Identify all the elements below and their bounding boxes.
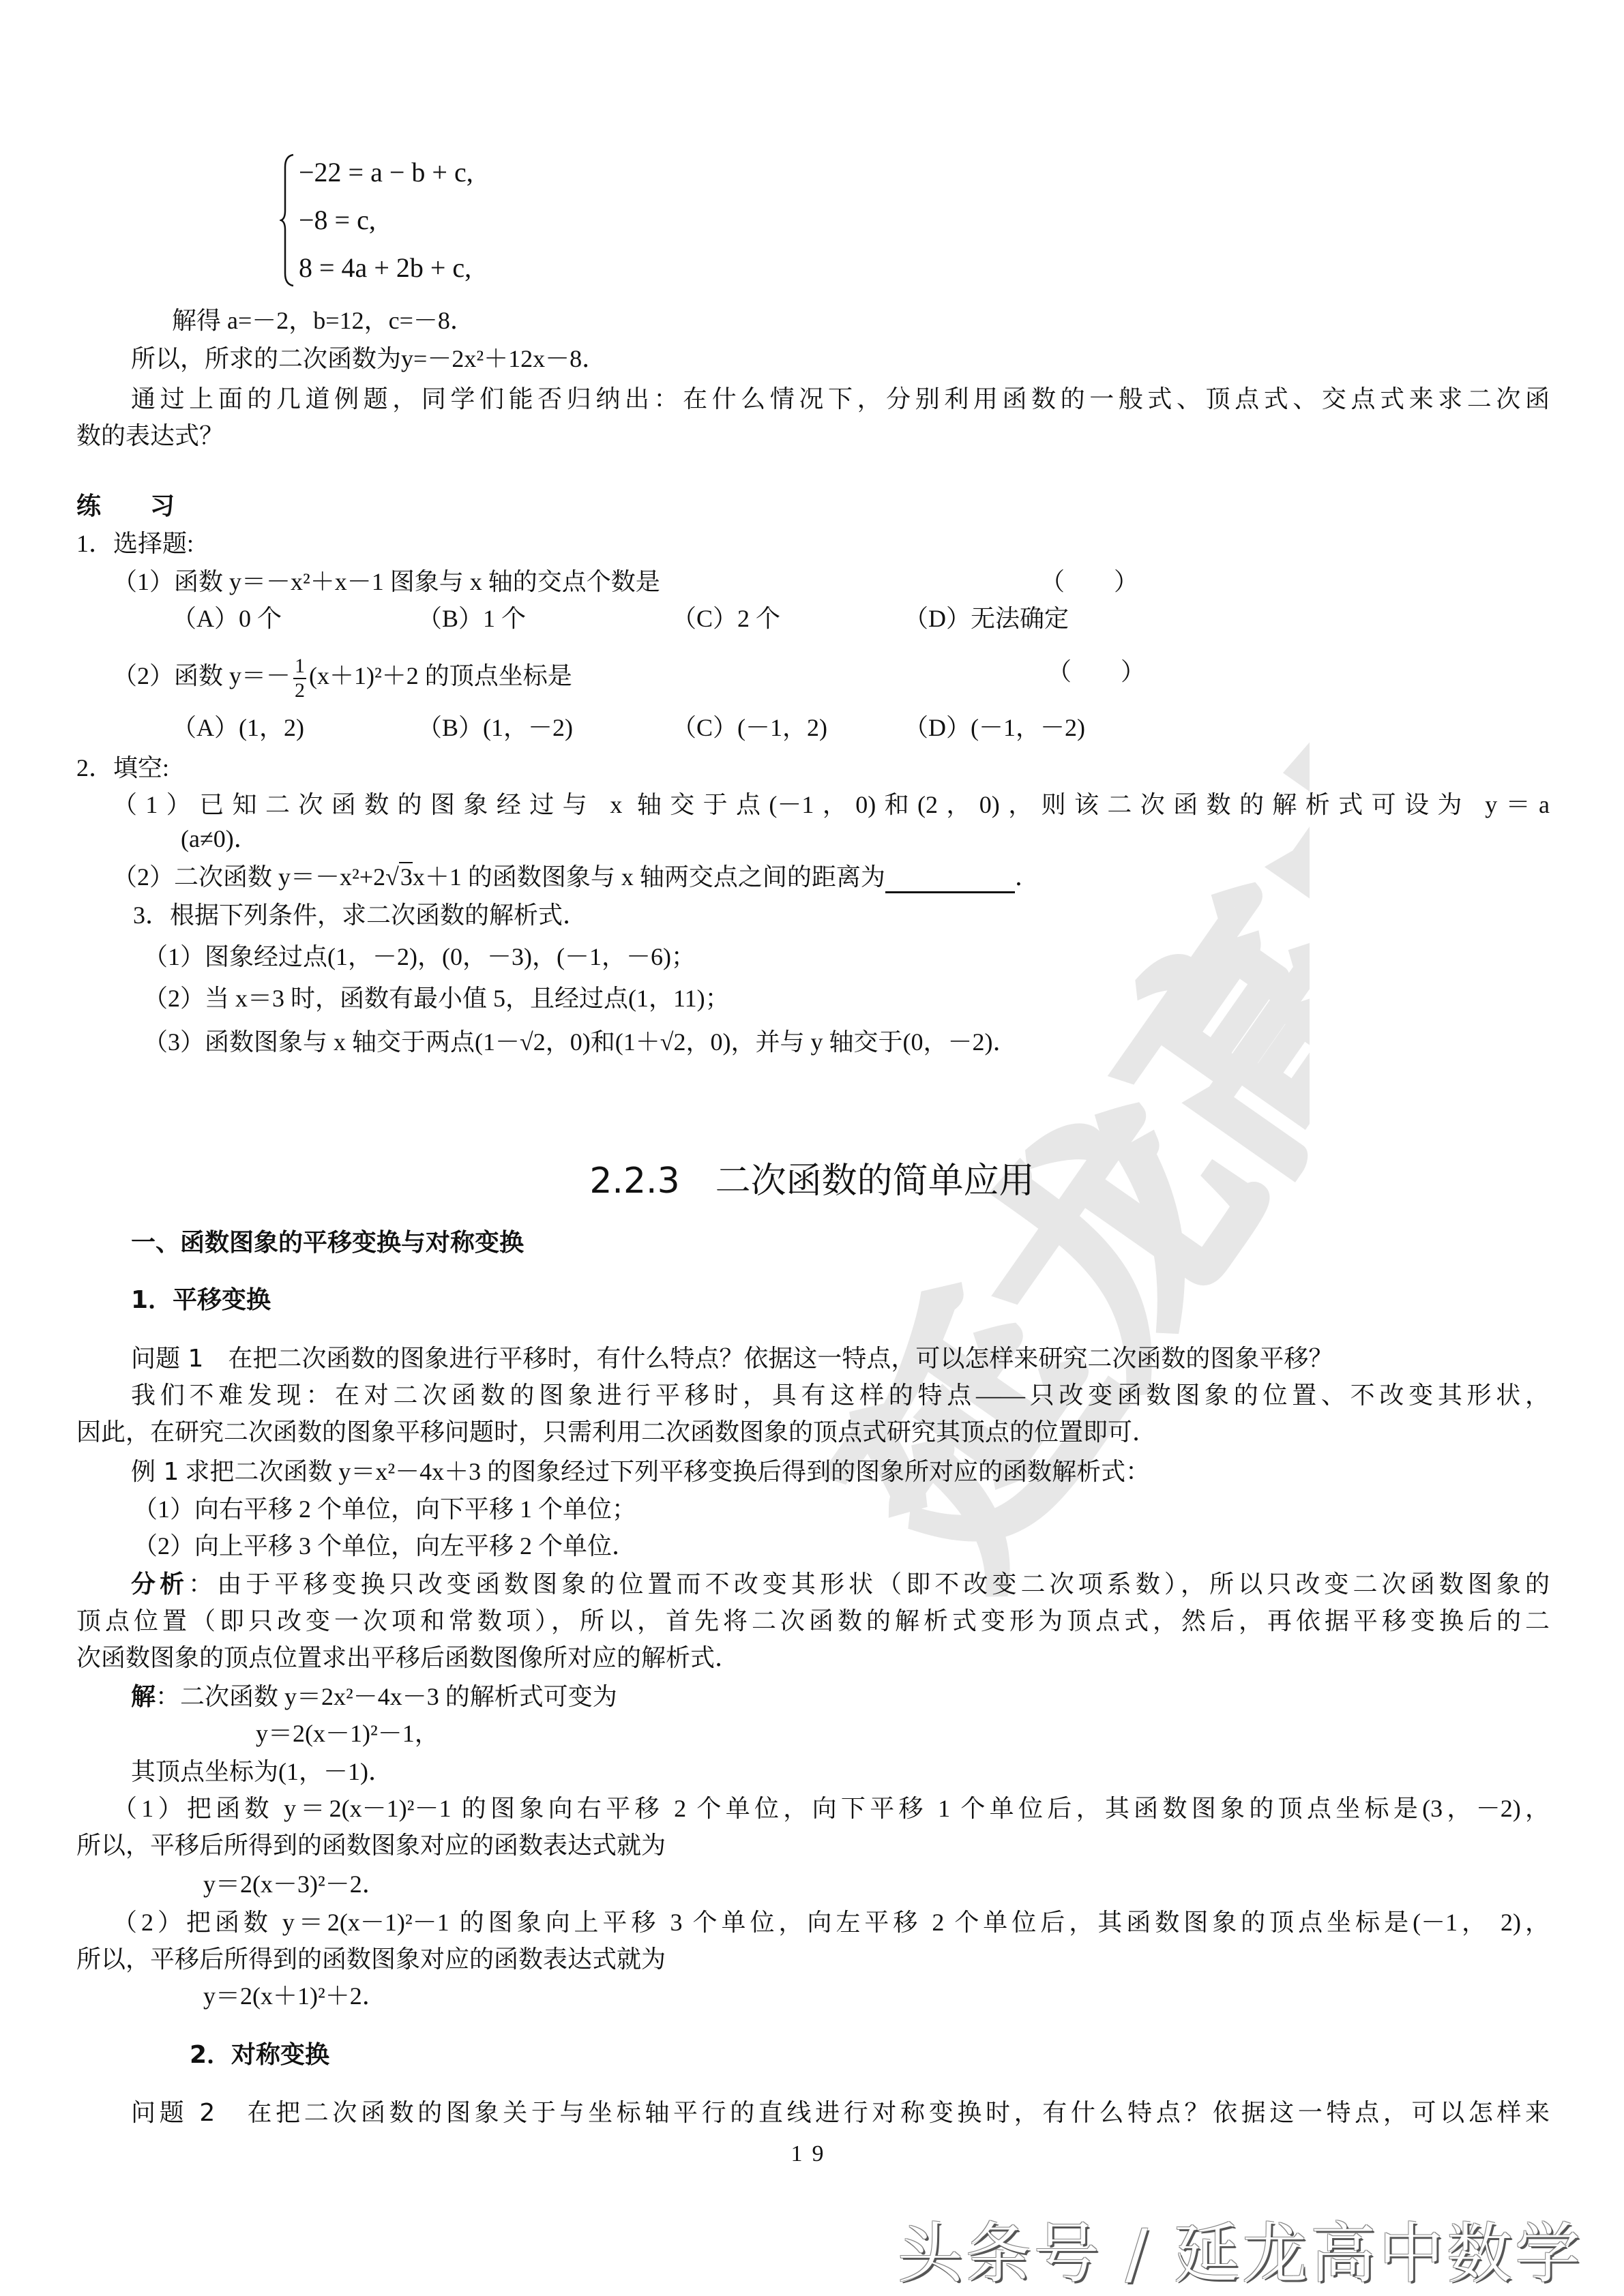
q3-item: （2）当 x＝3 时，函数有最小值 5，且经过点(1，11)；: [143, 982, 730, 1015]
q3-label: 3．根据下列条件，求二次函数的解析式．: [133, 899, 587, 931]
summary-question-line1: 通过上面的几道例题，同学们能否归纳出：在什么情况下，分别利用函数的一般式、顶点式…: [131, 383, 1550, 415]
option-c: （C）2 个: [672, 602, 780, 635]
option-b: （B）(1，－2): [417, 711, 573, 744]
discovery-line1: 我们不难发现：在对二次函数的图象进行平移时，具有这样的特点——只改变函数图象的位…: [131, 1379, 1550, 1412]
footer-watermark: 头条号 / 延龙高中数学: [898, 2216, 1583, 2291]
option-a: （A）0 个: [172, 602, 282, 635]
analysis-line2: 顶点位置（即只改变一次项和常数项），所以，首先将二次函数的解析式变形为顶点式，然…: [76, 1605, 1550, 1637]
left-brace-icon: [280, 153, 295, 287]
q3-item: （3）函数图象与 x 轴交于两点(1－√2，0)和(1＋√2，0)，并与 y 轴…: [143, 1026, 1017, 1058]
stem-prefix: （2）函数 y＝－: [113, 662, 291, 689]
problem1: 问题 1 在把二次函数的图象进行平移时，有什么特点？依据这一特点，可以怎样来研究…: [131, 1342, 1333, 1375]
fraction-denominator: 2: [293, 679, 306, 702]
problem2-text: 在把二次函数的图象关于与坐标轴平行的直线进行对称变换时，有什么特点？依据这一特点…: [215, 2099, 1550, 2126]
sqrt-sign: √: [385, 863, 399, 891]
case2-line1: （2）把函数 y＝2(x－1)²－1 的图象向上平移 3 个单位，向左平移 2 …: [113, 1906, 1550, 1939]
solution-intro-text: ：二次函数 y＝2x²－4x－3 的解析式可变为: [156, 1683, 617, 1710]
example1: 例 1 求把二次函数 y＝x²－4x＋3 的图象经过下列平移变换后得到的图象所对…: [131, 1455, 1150, 1489]
problem1-label: 问题 1: [131, 1345, 203, 1373]
q1-item2-stem: （2）函数 y＝－12(x＋1)²＋2 的顶点坐标是: [113, 651, 572, 702]
vertex-form: y＝2(x－1)²－1，: [256, 1717, 439, 1750]
option-b: （B）1 个: [417, 602, 526, 635]
analysis-line1: 分析：由于平移变换只改变函数图象的位置而不改变其形状（即不改变二次项系数），所以…: [131, 1568, 1550, 1601]
problem2-label: 问题 2: [131, 2099, 215, 2127]
item2-prefix: （2）二次函数 y＝－x²+2: [113, 863, 385, 891]
option-d: （D）无法确定: [904, 602, 1069, 635]
q1-label: 1．选择题:: [76, 527, 194, 560]
case2-result: y＝2(x＋1)²＋2．: [203, 1980, 387, 2012]
option-a: （A）(1，2): [172, 711, 304, 744]
example1-label: 例 1: [131, 1458, 179, 1486]
sub1-heading: 1．平移变换: [131, 1284, 271, 1317]
conclusion-formula: y=－2x²＋12x－8．: [401, 345, 606, 372]
item2-end: ．: [1015, 863, 1039, 891]
conclusion-prefix: 所以，所求的二次函数为: [131, 345, 401, 372]
discovery-line2: 因此，在研究二次函数的图象平移问题时，只需利用二次函数图象的顶点式研究其顶点的位…: [76, 1416, 1157, 1448]
fraction: 12: [293, 655, 306, 702]
answer-slot: （ ）: [1040, 565, 1138, 598]
answer-slot: （ ）: [1047, 655, 1145, 688]
sub2-heading: 2．对称变换: [190, 2039, 329, 2072]
equation-row: 8 = 4a + 2b + c,: [299, 252, 471, 284]
summary-question-line2: 数的表达式？: [76, 419, 224, 452]
answer-blank[interactable]: [885, 867, 1015, 893]
solution-line: 解得 a=－2，b=12，c=－8．: [172, 304, 475, 337]
q2-item1-line1: （1）已知二次函数的图象经过与 x 轴交于点(－1，0)和(2，0)，则该二次函…: [113, 788, 1550, 821]
part1-heading: 一、函数图象的平移变换与对称变换: [131, 1227, 524, 1259]
problem1-text: 在把二次函数的图象进行平移时，有什么特点？依据这一特点，可以怎样来研究二次函数的…: [203, 1345, 1333, 1372]
conclusion-line: 所以，所求的二次函数为y=－2x²＋12x－8．: [131, 342, 606, 375]
option-c: （C）(－1，2): [672, 711, 827, 744]
analysis-text: ：由于平移变换只改变函数图象的位置而不改变其形状（即不改变二次项系数），所以只改…: [188, 1570, 1550, 1598]
case1-line1: （1）把函数 y＝2(x－1)²－1 的图象向右平移 2 个单位，向下平移 1 …: [113, 1792, 1550, 1825]
page-number: 19: [0, 2141, 1624, 2167]
fraction-numerator: 1: [293, 655, 306, 679]
equation-row: −22 = a − b + c,: [299, 156, 473, 189]
stem-suffix: (x＋1)²＋2 的顶点坐标是: [309, 662, 572, 689]
equation-row: −8 = c,: [299, 204, 376, 237]
vertex-coords: 其顶点坐标为(1，－1)．: [131, 1755, 393, 1788]
analysis-label: 分析: [131, 1570, 188, 1598]
problem2: 问题 2 在把二次函数的图象关于与坐标轴平行的直线进行对称变换时，有什么特点？依…: [131, 2096, 1550, 2130]
q3-item: （1）图象经过点(1，－2)，(0，－3)，(－1，－6)；: [143, 940, 696, 973]
example1-text: 求把二次函数 y＝x²－4x＋3 的图象经过下列平移变换后得到的图象所对应的函数…: [179, 1458, 1150, 1485]
solution-label: 解: [131, 1683, 156, 1711]
solution-intro: 解：二次函数 y＝2x²－4x－3 的解析式可变为: [131, 1680, 617, 1714]
q2-label: 2．填空:: [76, 751, 169, 784]
example1-item: （1）向右平移 2 个单位，向下平移 1 个单位；: [133, 1493, 636, 1525]
section-title: 2.2.3 二次函数的简单应用: [0, 1159, 1624, 1203]
q2-item1-line2: (a≠0)．: [181, 822, 259, 855]
q2-item2: （2）二次函数 y＝－x²+2√3x＋1 的函数图象与 x 轴两交点之间的距离为…: [113, 861, 1039, 893]
option-d: （D）(－1，－2): [904, 711, 1085, 744]
analysis-line3: 次函数图象的顶点位置求出平移后函数图像所对应的解析式．: [76, 1641, 739, 1674]
case1-line2: 所以，平移后所得到的函数图象对应的函数表达式就为: [76, 1829, 666, 1862]
case1-result: y＝2(x－3)²－2．: [203, 1868, 387, 1900]
item2-suffix: x＋1 的函数图象与 x 轴两交点之间的距离为: [413, 863, 885, 891]
case2-line2: 所以，平移后所得到的函数图象对应的函数表达式就为: [76, 1943, 666, 1976]
practice-heading: 练 习: [76, 490, 175, 523]
q1-item1-stem: （1）函数 y＝－x²＋x－1 图象与 x 轴的交点个数是: [113, 565, 660, 598]
sqrt-radicand: 3: [399, 862, 413, 891]
example1-item: （2）向上平移 3 个单位，向左平移 2 个单位．: [133, 1530, 636, 1562]
